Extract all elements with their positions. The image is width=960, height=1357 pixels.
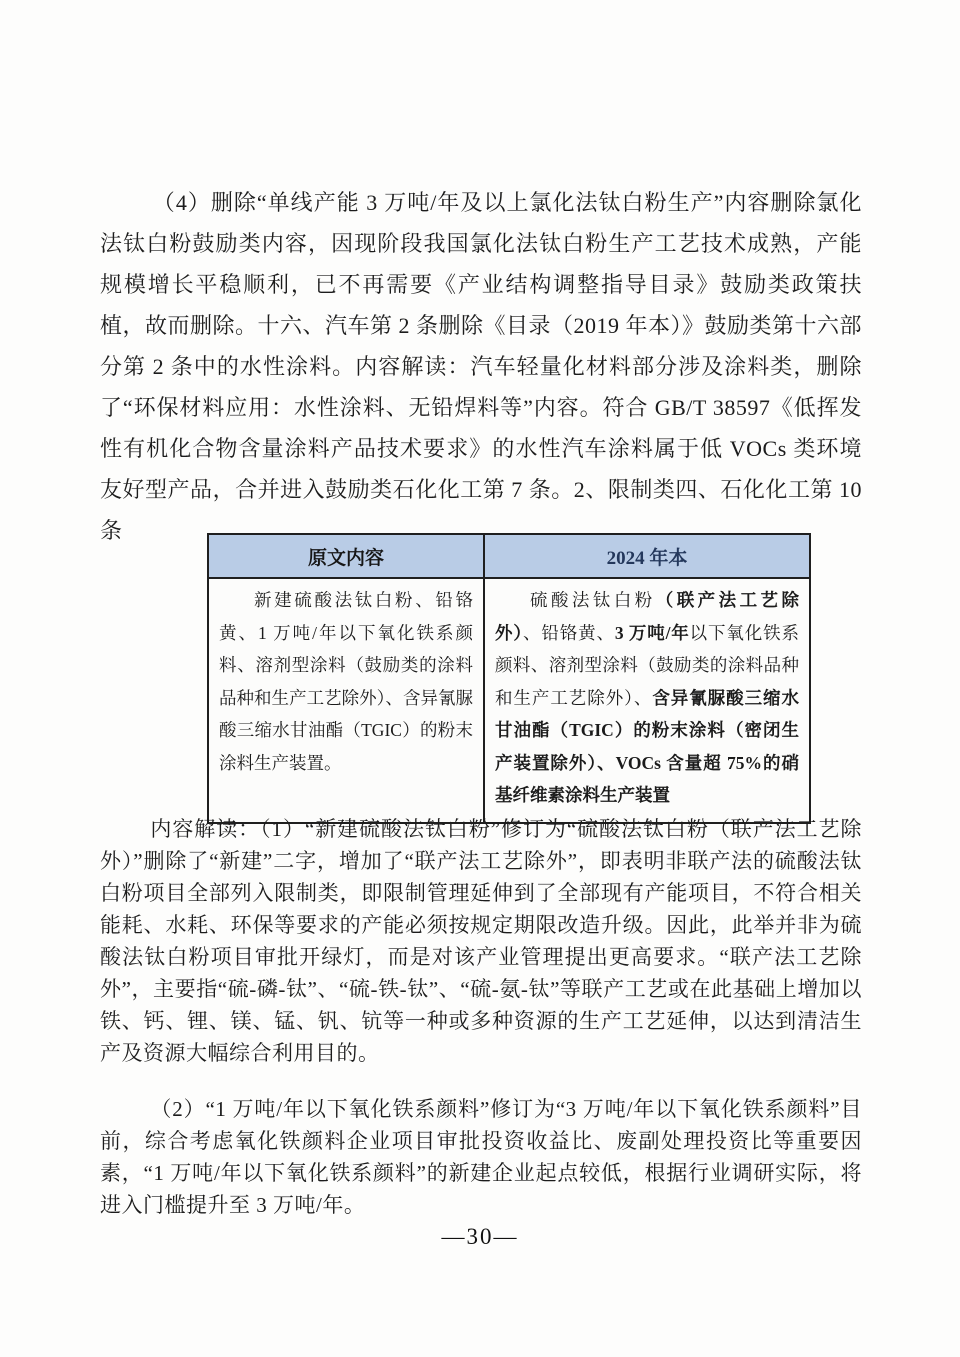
table-header-2024-edition: 2024 年本 (484, 534, 810, 578)
paragraph-deletion-chloride-process: （4）删除“单线产能 3 万吨/年及以上氯化法钛白粉生产”内容删除氯化法钛白粉鼓… (100, 182, 862, 551)
revised-segment-plain: 、铅铬黄、 (523, 623, 615, 643)
revised-segment-bold: 3 万吨/年 (615, 623, 690, 643)
page-number: —30— (0, 1224, 960, 1250)
table-cell-original-text: 新建硫酸法钛白粉、铅铬黄、1 万吨/年以下氧化铁系颜料、溶剂型涂料（鼓励类的涂料… (208, 578, 484, 823)
comparison-table: 原文内容 2024 年本 新建硫酸法钛白粉、铅铬黄、1 万吨/年以下氧化铁系颜料… (207, 533, 811, 824)
table-cell-revised-text: 硫酸法钛白粉（联产法工艺除外）、铅铬黄、3 万吨/年以下氧化铁系颜料、溶剂型涂料… (484, 578, 810, 823)
table-header-row: 原文内容 2024 年本 (208, 534, 810, 578)
paragraph-interpretation-1: 内容解读：（1）“新建硫酸法钛白粉”修订为“硫酸法钛白粉（联产法工艺除外）”删除… (100, 813, 862, 1069)
table-header-original-content: 原文内容 (208, 534, 484, 578)
comparison-table-wrapper: 原文内容 2024 年本 新建硫酸法钛白粉、铅铬黄、1 万吨/年以下氧化铁系颜料… (207, 533, 807, 824)
table-body-row: 新建硫酸法钛白粉、铅铬黄、1 万吨/年以下氧化铁系颜料、溶剂型涂料（鼓励类的涂料… (208, 578, 810, 823)
document-page: （4）删除“单线产能 3 万吨/年及以上氯化法钛白粉生产”内容删除氯化法钛白粉鼓… (0, 0, 960, 1357)
paragraph-interpretation-2: （2）“1 万吨/年以下氧化铁系颜料”修订为“3 万吨/年以下氧化铁系颜料”目前… (100, 1093, 862, 1221)
revised-segment-plain: 硫酸法钛白粉 (530, 590, 656, 610)
